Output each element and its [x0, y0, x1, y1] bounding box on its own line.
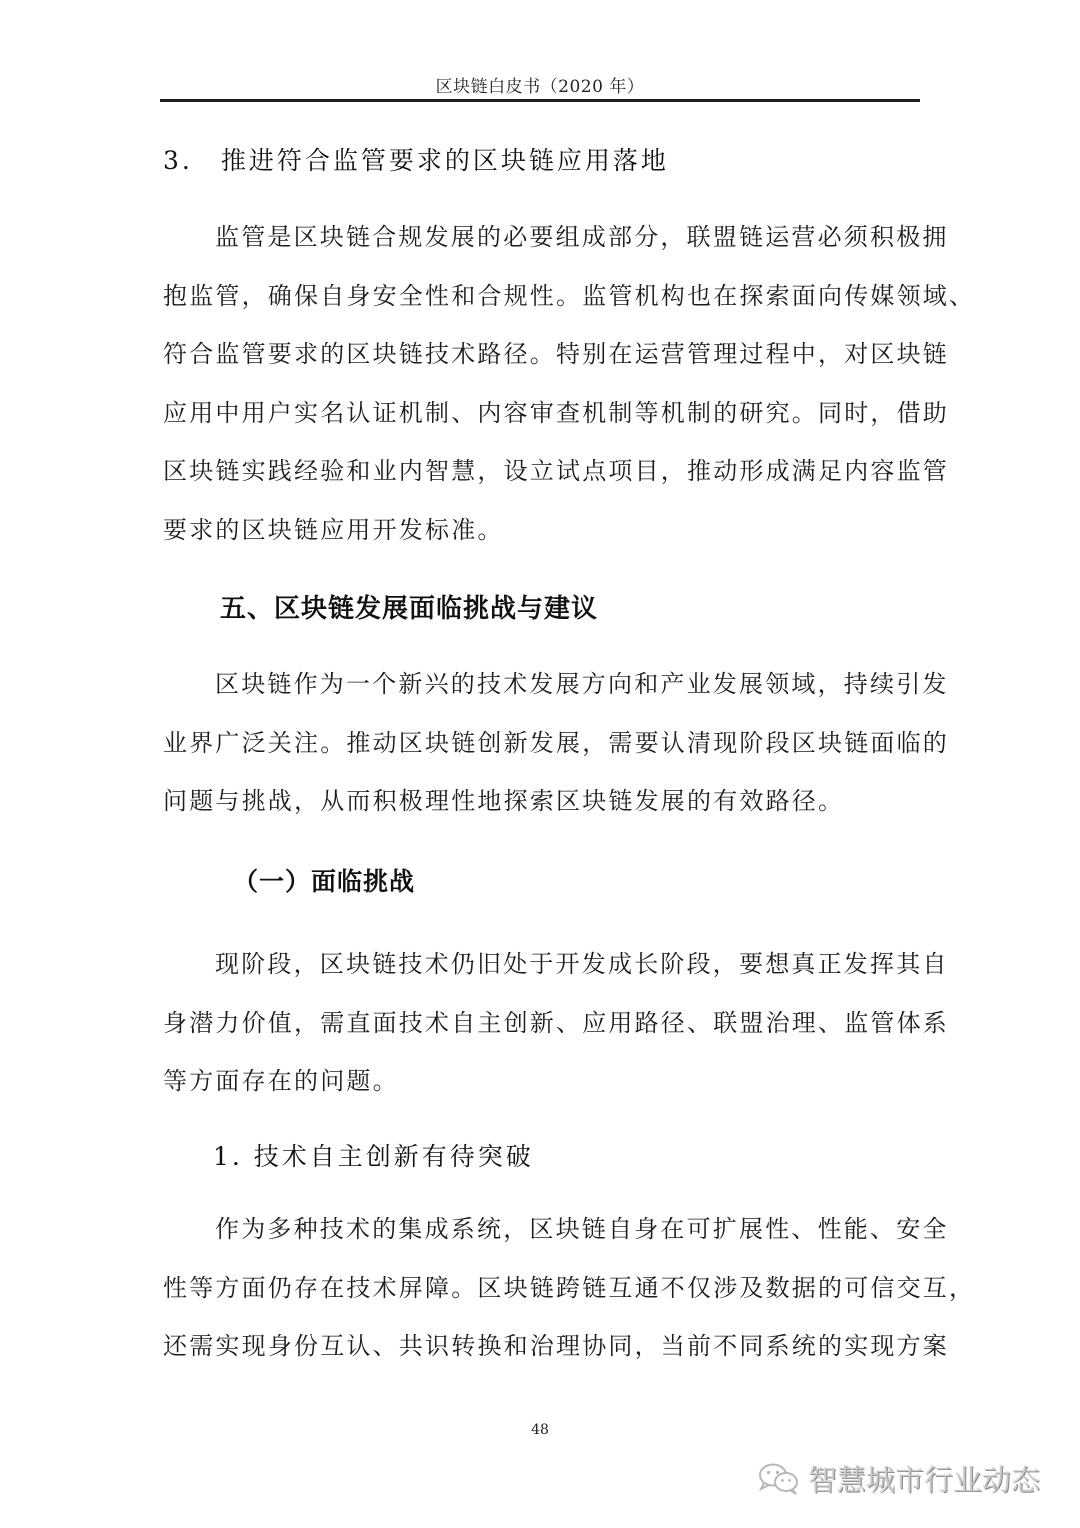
watermark-text: 智慧城市行业动态: [808, 1458, 1040, 1499]
page-number: 48: [531, 1422, 549, 1438]
paragraph-regulation: 监管是区块链合规发展的必要组成部分，联盟链运营必须积极拥 抱监管，确保自身安全性…: [163, 208, 917, 559]
paragraph-tech-innovation: 作为多种技术的集成系统，区块链自身在可扩展性、性能、安全 性等方面仍存在技术屏障…: [163, 1200, 917, 1376]
subsection-heading-3: 3. 推进符合监管要求的区块链应用落地: [163, 141, 917, 177]
paragraph-line: 身潜力价值，需直面技术自主创新、应用路径、联盟治理、监管体系: [163, 994, 917, 1053]
paragraph-intro: 区块链作为一个新兴的技术发展方向和产业发展领域，持续引发 业界广泛关注。推动区块…: [163, 655, 917, 831]
chapter-heading-5: 五、区块链发展面临挑战与建议: [163, 588, 974, 625]
wechat-icon: [758, 1462, 802, 1496]
paragraph-line: 抱监管，确保自身安全性和合规性。监管机构也在探索面向传媒领域、: [163, 267, 917, 326]
subsection-heading-1: 1. 技术自主创新有待突破: [163, 1137, 967, 1173]
paragraph-line: 监管是区块链合规发展的必要组成部分，联盟链运营必须积极拥: [163, 208, 917, 267]
paragraph-line: 作为多种技术的集成系统，区块链自身在可扩展性、性能、安全: [163, 1200, 917, 1259]
section-heading-challenges: （一）面临挑战: [163, 862, 987, 898]
paragraph-line: 等方面存在的问题。: [163, 1052, 917, 1111]
paragraph-challenges: 现阶段，区块链技术仍旧处于开发成长阶段，要想真正发挥其自 身潜力价值，需直面技术…: [163, 935, 917, 1111]
paragraph-line: 区块链实践经验和业内智慧，设立试点项目，推动形成满足内容监管: [163, 442, 917, 501]
paragraph-line: 性等方面仍存在技术屏障。区块链跨链互通不仅涉及数据的可信交互，: [163, 1259, 917, 1318]
watermark: 智慧城市行业动态: [758, 1458, 1040, 1499]
header-divider: [160, 99, 920, 102]
running-header: 区块链白皮书（2020 年）: [160, 72, 920, 97]
paragraph-line: 还需实现身份互认、共识转换和治理协同，当前不同系统的实现方案: [163, 1317, 917, 1376]
paragraph-line: 现阶段，区块链技术仍旧处于开发成长阶段，要想真正发挥其自: [163, 935, 917, 994]
paragraph-line: 符合监管要求的区块链技术路径。特别在运营管理过程中，对区块链: [163, 325, 917, 384]
paragraph-line: 区块链作为一个新兴的技术发展方向和产业发展领域，持续引发: [163, 655, 917, 714]
paragraph-line: 应用中用户实名认证机制、内容审查机制等机制的研究。同时，借助: [163, 384, 917, 443]
paragraph-line: 业界广泛关注。推动区块链创新发展，需要认清现阶段区块链面临的: [163, 714, 917, 773]
paragraph-line: 问题与挑战，从而积极理性地探索区块链发展的有效路径。: [163, 772, 917, 831]
paragraph-line: 要求的区块链应用开发标准。: [163, 501, 917, 560]
